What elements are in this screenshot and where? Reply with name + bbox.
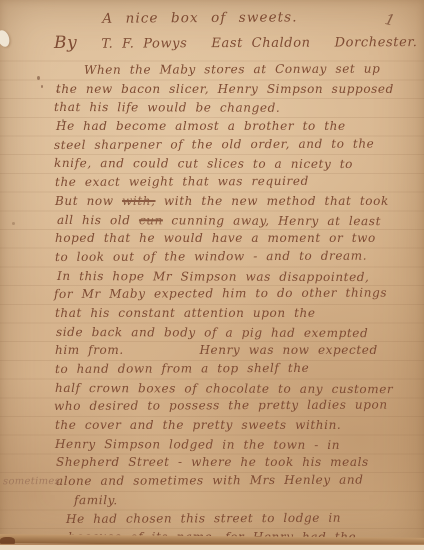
manuscript-line: all his old cun cunning away, Henry at l… (54, 211, 418, 231)
paper-chip-mark (0, 29, 11, 49)
byline-by: By (54, 33, 77, 53)
manuscript-line: hoped that he would have a moment or two (54, 229, 418, 248)
manuscript-line: the exact weight that was required (54, 172, 418, 192)
manuscript-line: Henry Simpson lodged in the town - in (54, 435, 418, 455)
byline-place: East Chaldon (211, 36, 310, 52)
manuscript-line: the cover and the pretty sweets within. (54, 416, 418, 435)
scan-edge-strip (0, 544, 424, 550)
manuscript-line: He had chosen this street to lodge in (54, 508, 418, 528)
manuscript-page: 1 A nice box of sweets. By T. F. Powys E… (0, 0, 424, 550)
ink-speck (41, 85, 43, 88)
page-title: A nice box of sweets. (0, 9, 424, 28)
ink-speck (12, 222, 15, 225)
manuscript-line: for Mr Maby expected him to do other thi… (54, 284, 418, 304)
manuscript-line: that his life would be changed. (54, 98, 418, 118)
manuscript-line: sometimesalone and sometimes with Mrs He… (54, 471, 418, 491)
byline: By T. F. Powys East Chaldon Dorchester. (54, 31, 418, 53)
manuscript-line: that his constant attention upon the (54, 304, 418, 323)
byline-author: T. F. Powys (101, 36, 187, 51)
manuscript-body: When the Maby stores at Conway set upthe… (54, 61, 418, 547)
byline-town: Dorchester. (335, 35, 418, 50)
margin-note: sometimes (3, 473, 60, 492)
ink-speck (37, 76, 40, 80)
manuscript-line: steel sharpener of the old order, and to… (54, 134, 418, 154)
manuscript-line: But now with, with the new method that t… (54, 192, 418, 211)
struck-word: cun (139, 213, 163, 227)
struck-word: with, (122, 194, 155, 208)
manuscript-line: the new bacon slicer, Henry Simpson supp… (54, 80, 418, 99)
manuscript-line: who desired to possess the pretty ladies… (54, 396, 418, 416)
manuscript-line: to hand down from a top shelf the (54, 358, 418, 378)
manuscript-line: Shepherd Street - where he took his meal… (54, 453, 418, 472)
manuscript-line: to look out of the window - and to dream… (54, 246, 418, 266)
manuscript-line: When the Maby stores at Conway set up (54, 59, 418, 79)
manuscript-line: side back and body of a pig had exempted (54, 323, 418, 343)
manuscript-line: He had become almost a brother to the (54, 117, 418, 136)
manuscript-line: him from. Henry was now expected (54, 341, 418, 360)
